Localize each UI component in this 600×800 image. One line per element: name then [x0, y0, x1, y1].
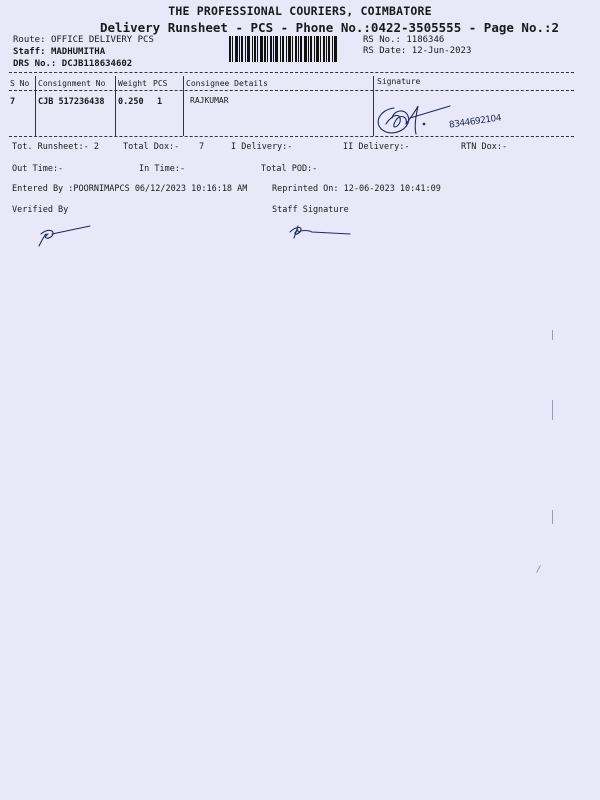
- scan-artifact: [552, 400, 553, 420]
- column-header-consignee: Consignee Details: [186, 79, 268, 88]
- rtn-dox-label: RTN Dox:-: [461, 142, 507, 152]
- out-time-label: Out Time:-: [12, 164, 63, 174]
- staff-signature: [288, 224, 358, 244]
- rs-date-label: RS Date:: [363, 46, 406, 56]
- column-header-sno: S No: [10, 79, 29, 88]
- cell-consignee: RAJKUMAR: [190, 96, 229, 105]
- divider: [9, 72, 574, 73]
- cell-sno: 7: [10, 97, 15, 107]
- rs-date-value: 12-Jun-2023: [412, 46, 472, 56]
- staff-signature-label: Staff Signature: [272, 205, 349, 215]
- column-header-signature: Signature: [377, 77, 420, 86]
- route-label: Route:: [13, 35, 46, 45]
- entered-by: Entered By :POORNIMAPCS 06/12/2023 10:16…: [12, 184, 247, 194]
- runsheet-subtitle: Delivery Runsheet - PCS - Phone No.:0422…: [100, 20, 559, 35]
- tot-runsheet-value: 2: [94, 142, 99, 152]
- in-time-label: In Time:-: [139, 164, 185, 174]
- cell-pcs: 1: [157, 97, 162, 107]
- total-dox-label: Total Dox:-: [123, 142, 179, 152]
- scan-artifact: [552, 330, 553, 340]
- column-header-consignment: Consignment No: [38, 79, 105, 88]
- staff-label: Staff:: [13, 47, 46, 57]
- verifier-signature: [36, 222, 106, 248]
- cell-weight: 0.250: [118, 97, 144, 107]
- i-delivery-label: I Delivery:-: [231, 142, 292, 152]
- barcode: [229, 36, 356, 62]
- rs-no-value: 1186346: [406, 35, 444, 45]
- drs-label: DRS No.:: [13, 59, 56, 69]
- cell-consignment-no: CJB 517236438: [38, 97, 105, 107]
- column-header-pcs: PCS: [153, 79, 167, 88]
- divider: [9, 90, 574, 91]
- column-divider: [35, 76, 36, 136]
- rs-date-line: RS Date: 12-Jun-2023: [363, 46, 471, 56]
- verified-by-label: Verified By: [12, 205, 68, 215]
- drs-value: DCJB118634602: [62, 59, 132, 69]
- route-value: OFFICE DELIVERY PCS: [51, 35, 154, 45]
- route-line: Route: OFFICE DELIVERY PCS: [13, 35, 154, 45]
- rs-no-line: RS No.: 1186346: [363, 35, 444, 45]
- staff-line: Staff: MADHUMITHA: [13, 47, 105, 57]
- tot-runsheet: Tot. Runsheet:- 2: [12, 142, 99, 152]
- ii-delivery-label: II Delivery:-: [343, 142, 410, 152]
- scan-artifact: [552, 510, 553, 524]
- staff-value: MADHUMITHA: [51, 47, 105, 57]
- column-divider: [115, 76, 116, 136]
- scan-artifact: [536, 565, 541, 572]
- total-dox-value: 7: [199, 142, 204, 152]
- drs-line: DRS No.: DCJB118634602: [13, 59, 132, 69]
- total-pod-label: Total POD:-: [261, 164, 317, 174]
- reprinted-on: Reprinted On: 12-06-2023 10:41:09: [272, 184, 441, 194]
- column-divider: [183, 76, 184, 136]
- rs-no-label: RS No.:: [363, 35, 401, 45]
- column-header-weight: Weight: [118, 79, 147, 88]
- company-title: THE PROFESSIONAL COURIERS, COIMBATORE: [0, 4, 600, 18]
- tot-runsheet-label: Tot. Runsheet:-: [12, 142, 89, 152]
